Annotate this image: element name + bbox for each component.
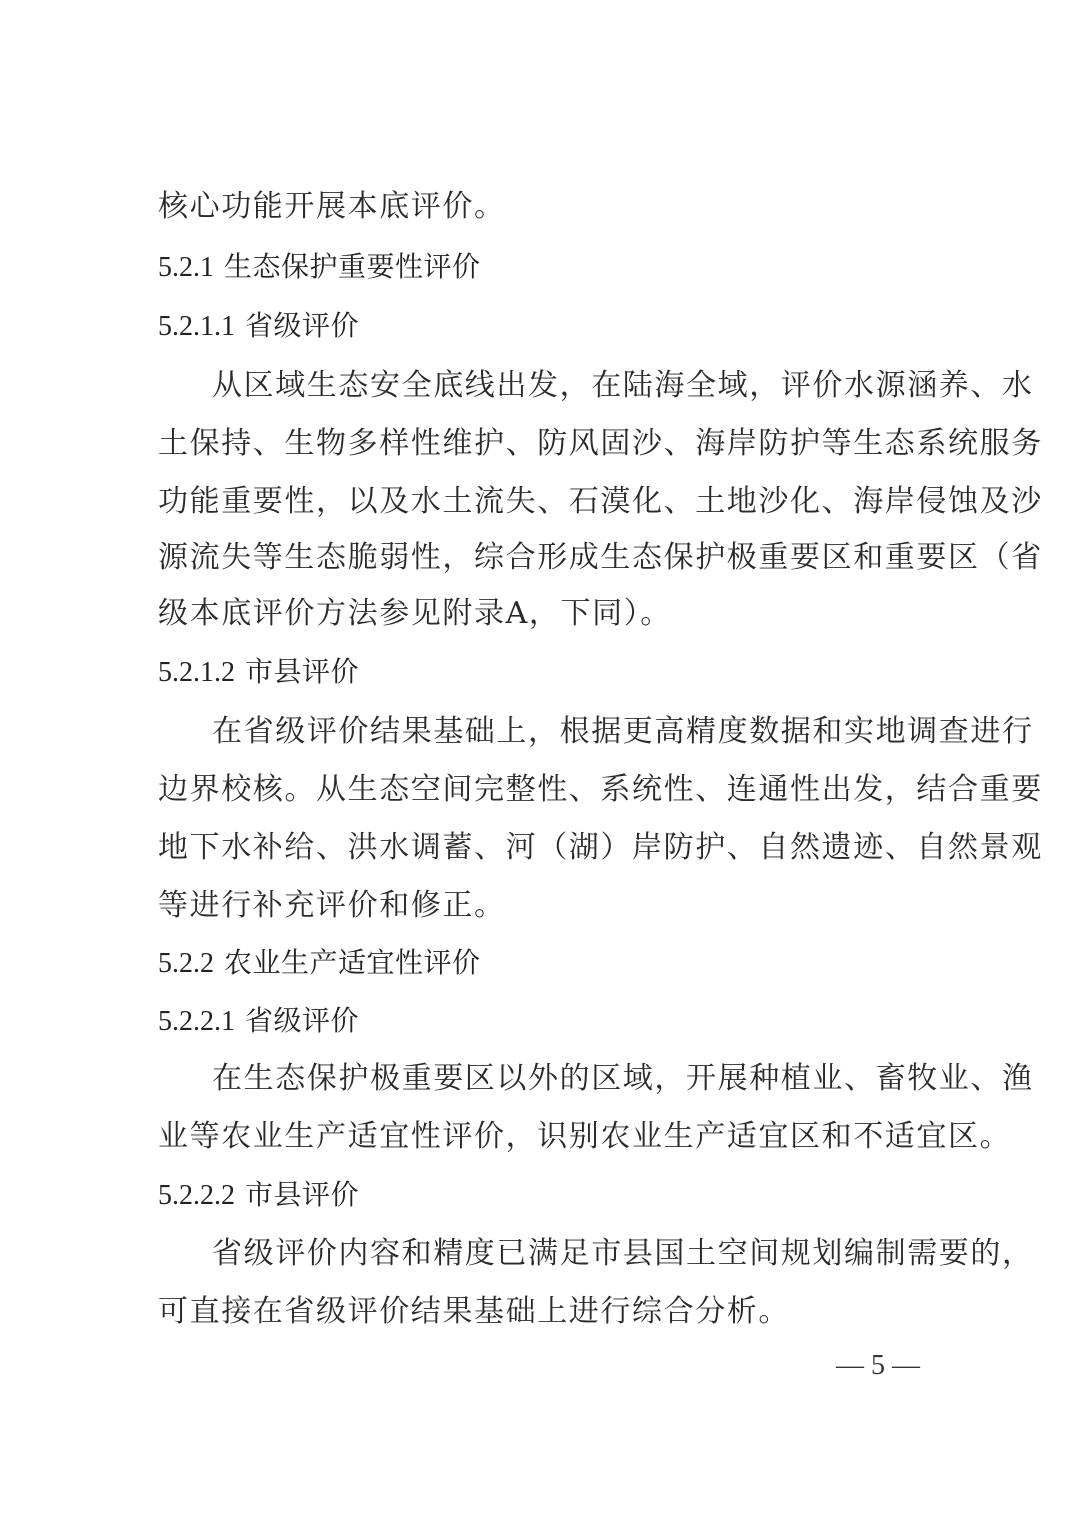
paragraph-line: 可直接在省级评价结果基础上进行综合分析。 xyxy=(158,1292,918,1332)
paragraph-line: 边界校核。从生态空间完整性、系统性、连通性出发，结合重要 xyxy=(158,770,918,810)
section-heading: 5.2.1.1省级评价 xyxy=(158,306,918,346)
section-number: 5.2.1.2 xyxy=(158,657,235,688)
section-title: 农业生产适宜性评价 xyxy=(224,946,481,979)
paragraph-line: 在省级评价结果基础上，根据更高精度数据和实地调查进行 xyxy=(212,712,918,752)
paragraph-line: 功能重要性，以及水土流失、石漠化、土地沙化、海岸侵蚀及沙 xyxy=(158,482,918,522)
section-heading: 5.2.1生态保护重要性评价 xyxy=(158,247,918,287)
paragraph-line: 等进行补充评价和修正。 xyxy=(158,886,918,926)
section-number: 5.2.2.1 xyxy=(158,1006,235,1037)
section-heading: 5.2.2.2市县评价 xyxy=(158,1175,918,1215)
paragraph-line: 地下水补给、洪水调蓄、河（湖）岸防护、自然遗迹、自然景观 xyxy=(158,828,918,868)
section-title: 省级评价 xyxy=(245,309,359,342)
paragraph-line: 土保持、生物多样性维护、防风固沙、海岸防护等生态系统服务 xyxy=(158,424,918,464)
section-heading: 5.2.1.2市县评价 xyxy=(158,652,918,692)
paragraph-line: 核心功能开展本底评价。 xyxy=(158,187,918,227)
page-number: — 5 — xyxy=(820,1350,920,1382)
paragraph-line: 从区域生态安全底线出发，在陆海全域，评价水源涵养、水 xyxy=(212,366,918,406)
paragraph-line: 源流失等生态脆弱性，综合形成生态保护极重要区和重要区（省 xyxy=(158,538,918,578)
section-title: 生态保护重要性评价 xyxy=(224,250,481,283)
section-number: 5.2.2 xyxy=(158,948,214,979)
section-heading: 5.2.2.1省级评价 xyxy=(158,1001,918,1041)
section-title: 省级评价 xyxy=(245,1004,359,1037)
section-heading: 5.2.2农业生产适宜性评价 xyxy=(158,943,918,983)
section-number: 5.2.2.2 xyxy=(158,1180,235,1211)
section-number: 5.2.1 xyxy=(158,252,214,283)
section-number: 5.2.1.1 xyxy=(158,311,235,342)
section-title: 市县评价 xyxy=(245,655,359,688)
section-title: 市县评价 xyxy=(245,1178,359,1211)
paragraph-line: 级本底评价方法参见附录A，下同）。 xyxy=(158,594,918,634)
paragraph-line: 省级评价内容和精度已满足市县国土空间规划编制需要的， xyxy=(212,1234,918,1274)
document-page: 核心功能开展本底评价。5.2.1生态保护重要性评价5.2.1.1省级评价从区域生… xyxy=(0,0,1080,1528)
paragraph-line: 在生态保护极重要区以外的区域，开展种植业、畜牧业、渔 xyxy=(212,1059,918,1099)
paragraph-line: 业等农业生产适宜性评价，识别农业生产适宜区和不适宜区。 xyxy=(158,1117,918,1157)
